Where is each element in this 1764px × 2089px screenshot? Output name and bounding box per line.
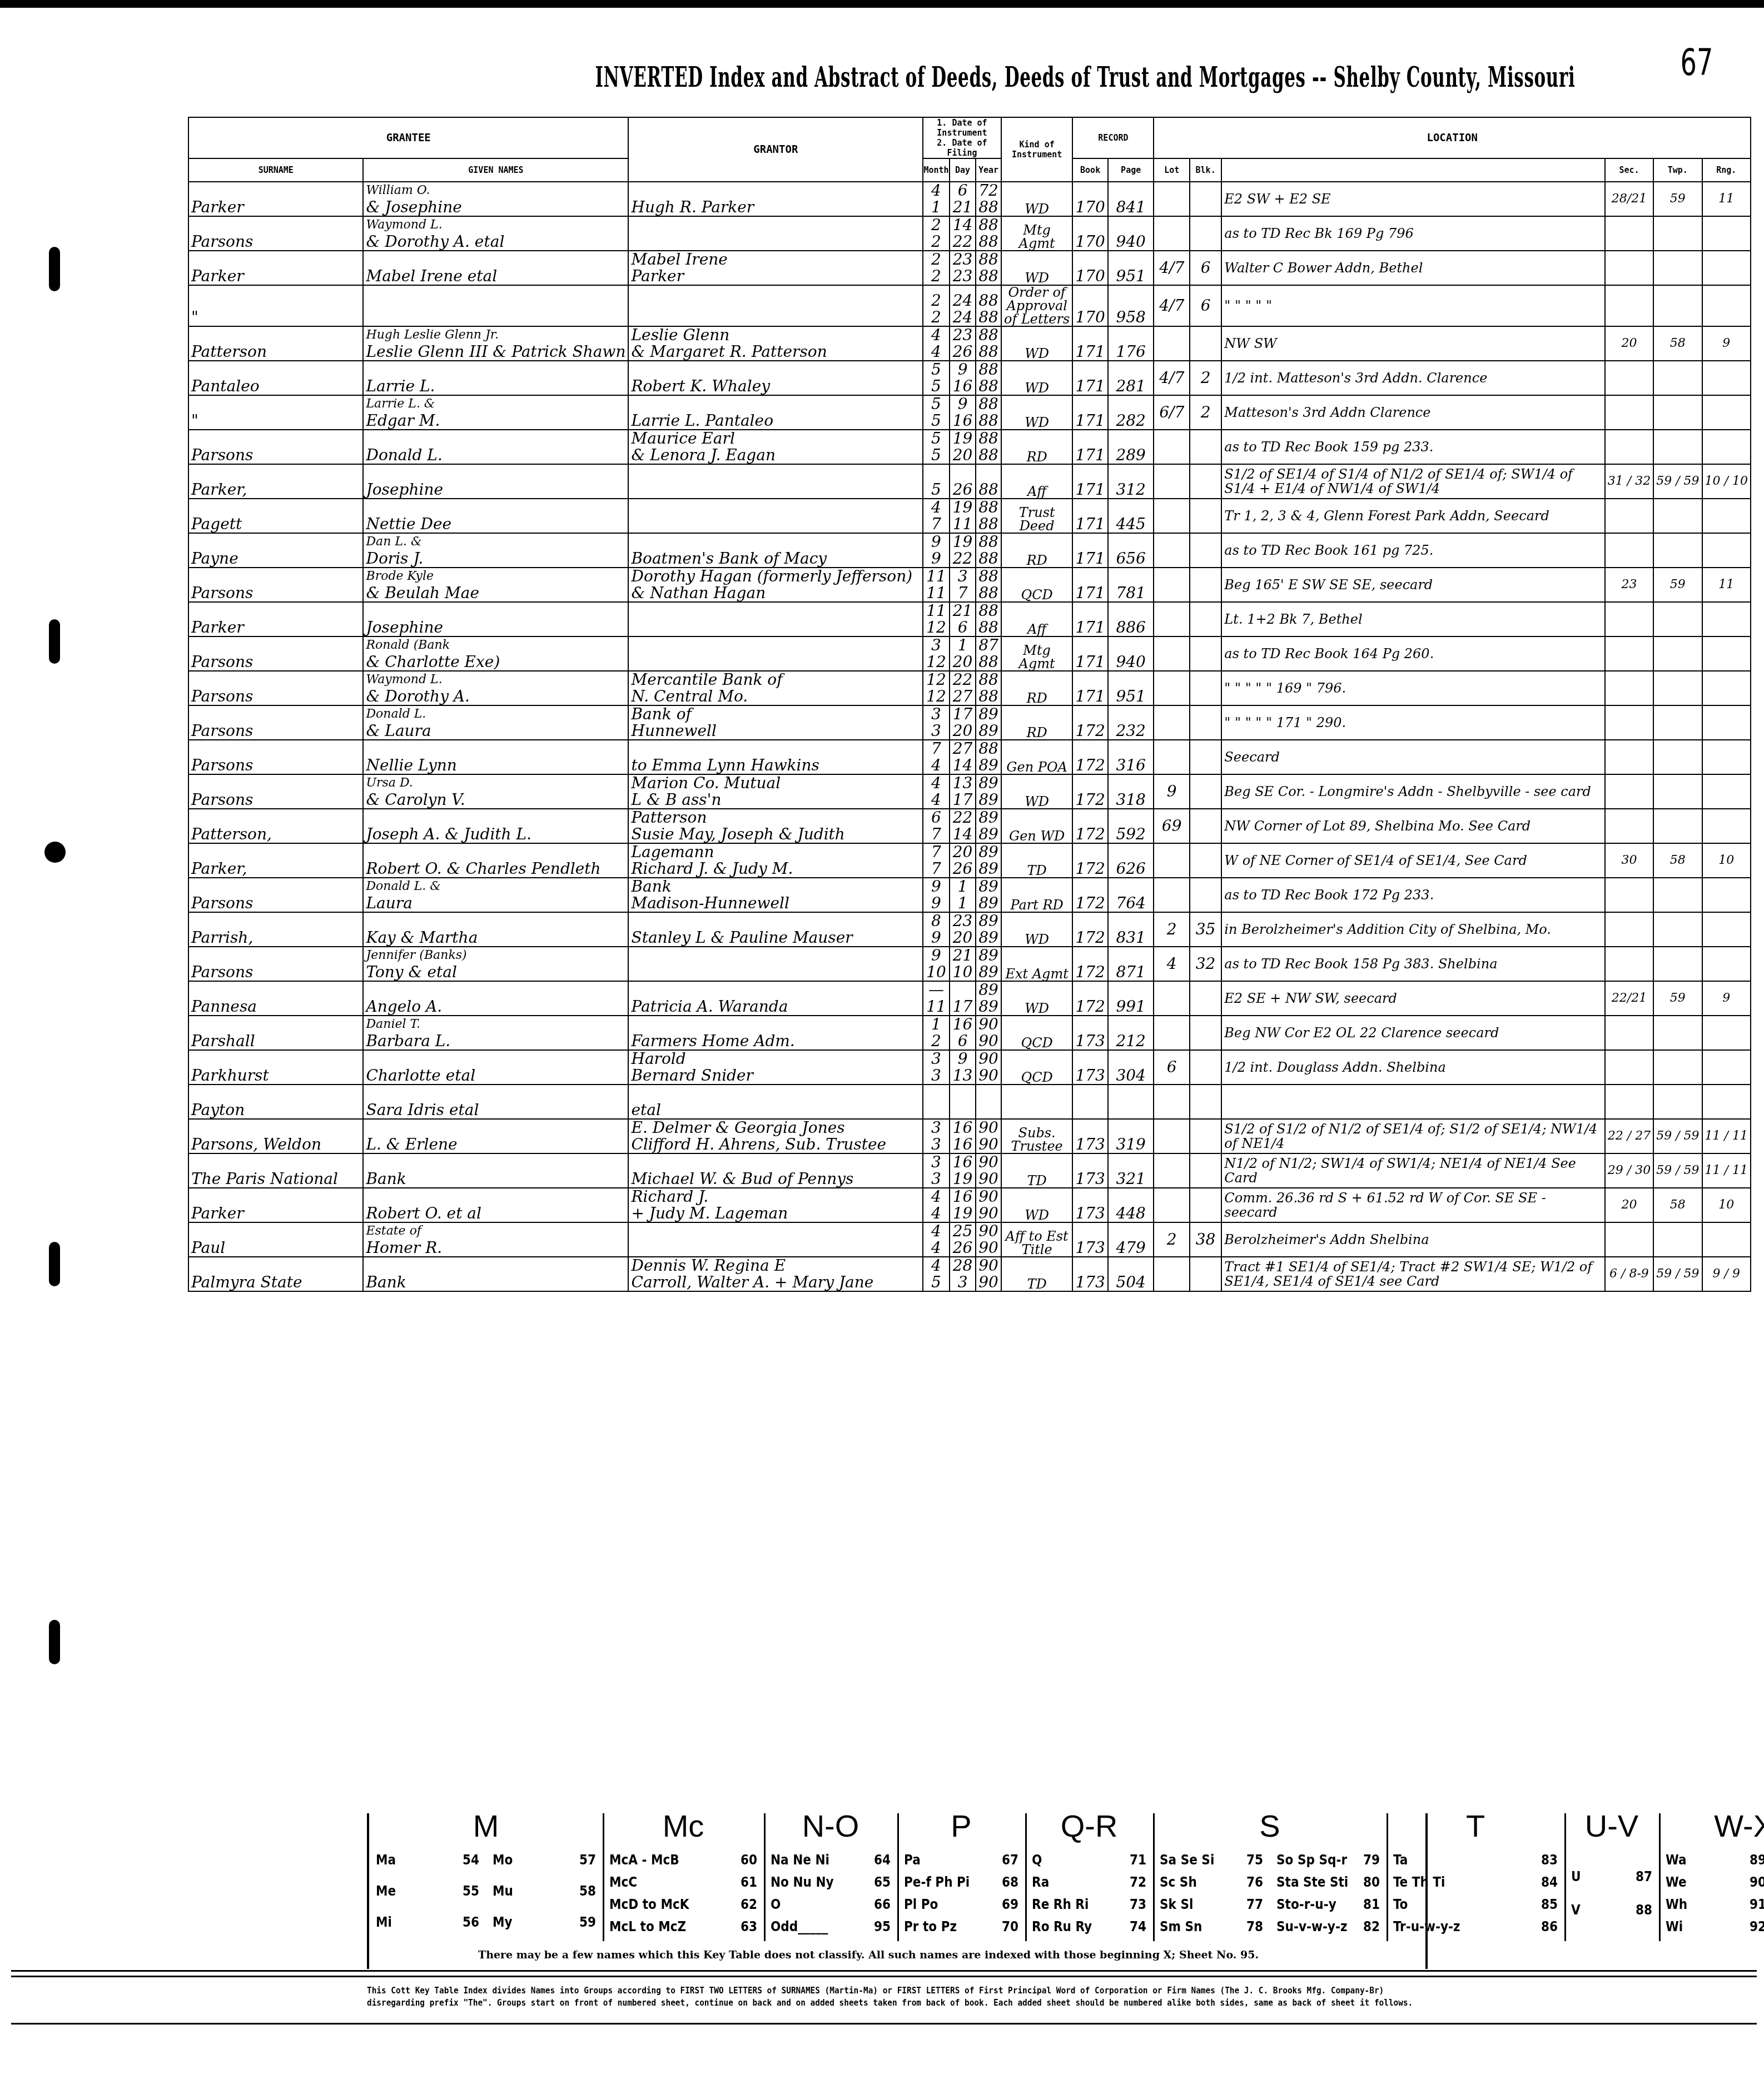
page-cell: 958 — [1108, 285, 1154, 326]
kind-cell: RD — [1001, 671, 1073, 705]
instrument-day: 9 — [952, 396, 973, 412]
given-names-cell — [363, 285, 628, 326]
given-names-cell: Nettie Dee — [363, 499, 628, 533]
blk-cell — [1190, 740, 1221, 774]
instrument-day: 1 — [952, 878, 973, 895]
lot-cell — [1154, 216, 1189, 251]
filing-day: 17 — [952, 792, 973, 808]
blk-cell: 2 — [1190, 395, 1221, 430]
filing-month: 11 — [926, 998, 947, 1015]
sec-cell: 28/21 — [1605, 182, 1653, 216]
filing-year: 90 — [978, 1067, 998, 1084]
ledger-row: ParshallDaniel T.Barbara L.Farmers Home … — [188, 1016, 1751, 1050]
instrument-day: 17 — [952, 706, 973, 723]
surname-cell: Paul — [188, 1222, 363, 1257]
given-names-cell: Kay & Martha — [363, 912, 628, 947]
given-names-cell: Josephine — [363, 602, 628, 636]
ledger-row: The Paris NationalBankMichael W. & Bud o… — [188, 1153, 1751, 1188]
given-line-1: Estate of — [366, 1223, 625, 1240]
day-cell: 2320 — [950, 912, 976, 947]
key-entry: Na Ne Ni64 — [771, 1852, 891, 1868]
surname: Pantaleo — [191, 377, 260, 395]
location-cell — [1221, 1085, 1604, 1119]
day-cell: 913 — [950, 1050, 976, 1085]
filing-year: 88 — [978, 481, 998, 498]
location-cell: Matteson's 3rd Addn Clarence — [1221, 395, 1604, 430]
filing-month: 12 — [926, 619, 947, 636]
kind-cell: WD — [1001, 361, 1073, 395]
surname-cell: Parsons — [188, 216, 363, 251]
twp-cell — [1653, 1085, 1702, 1119]
blk-cell — [1190, 1257, 1221, 1291]
day-cell: 166 — [950, 1016, 976, 1050]
surname-cell: Parsons — [188, 430, 363, 464]
year-cell: 9090 — [976, 1222, 1001, 1257]
rng-cell: 9 — [1702, 326, 1751, 361]
year-cell: 8888 — [976, 602, 1001, 636]
twp-cell — [1653, 430, 1702, 464]
twp-cell — [1653, 878, 1702, 912]
filing-year: 89 — [978, 895, 998, 912]
ledger-rows: ParkerWilliam O.& JosephineHugh R. Parke… — [188, 182, 1751, 1291]
month-cell: 99 — [923, 533, 950, 568]
day-cell: 916 — [950, 395, 976, 430]
book-cell: 171 — [1072, 568, 1107, 602]
kind-cell: Trust Deed — [1001, 499, 1073, 533]
instrument-month: 9 — [926, 878, 947, 895]
given-line-2: Josephine — [366, 619, 625, 636]
key-group-letter: P — [897, 1808, 1025, 1844]
key-entry-sheet: 65 — [874, 1874, 891, 1890]
lot-cell — [1154, 1188, 1189, 1222]
surname: Parker — [191, 618, 244, 636]
book-cell: 171 — [1072, 602, 1107, 636]
twp-cell: 59 / 59 — [1653, 1257, 1702, 1291]
page-cell: 764 — [1108, 878, 1154, 912]
ledger-row: Parker,Robert O. & Charles PendlethLagem… — [188, 843, 1751, 878]
blk-cell — [1190, 533, 1221, 568]
ledger-row: PayneDan L. &Doris J.Boatmen's Bank of M… — [188, 533, 1751, 568]
instrument-year: 88 — [978, 327, 998, 344]
key-entry: Ta83 — [1393, 1852, 1558, 1868]
instrument-year: 72 — [978, 182, 998, 199]
binder-slot — [49, 247, 60, 291]
month-cell: 89 — [923, 912, 950, 947]
grantor-cell: Richard J.+ Judy M. Lageman — [628, 1188, 923, 1222]
instrument-year: 90 — [978, 1223, 998, 1240]
day-cell: 2323 — [950, 251, 976, 285]
key-entry-sheet: 72 — [1130, 1874, 1146, 1890]
surname: Parsons — [191, 446, 253, 464]
grantor-line-2: Stanley L & Pauline Mauser — [631, 929, 920, 946]
surname: Parsons — [191, 687, 253, 705]
instrument-year: 90 — [978, 1188, 998, 1205]
filing-month: 2 — [926, 1033, 947, 1050]
surname: Parsons — [191, 894, 253, 912]
kind-cell: Gen POA — [1001, 740, 1073, 774]
given-line-2: Kay & Martha — [366, 929, 625, 946]
key-entry-sheet: 79 — [1363, 1852, 1380, 1868]
filing-day: 20 — [952, 654, 973, 670]
twp-cell — [1653, 1050, 1702, 1085]
instrument-day: 16 — [952, 1188, 973, 1205]
lot-cell — [1154, 499, 1189, 533]
surname-cell: Parsons — [188, 705, 363, 740]
key-group-letter: Mc — [603, 1808, 764, 1844]
location-cell: S1/2 of S1/2 of N1/2 of SE1/4 of; S1/2 o… — [1221, 1119, 1604, 1153]
binder-slot — [49, 1242, 60, 1286]
surname: Parkhurst — [191, 1066, 269, 1085]
key-entry-sheet: 57 — [579, 1852, 596, 1868]
key-entry-label: Sc Sh — [1160, 1874, 1197, 1890]
key-entry: To85 — [1393, 1897, 1558, 1912]
book-cell: 173 — [1072, 1153, 1107, 1188]
instrument-month: 4 — [926, 1223, 947, 1240]
instrument-day: 28 — [952, 1257, 973, 1274]
filing-year: 89 — [978, 757, 998, 774]
ledger-row: "Larrie L. &Edgar M.Larrie L. Pantaleo55… — [188, 395, 1751, 430]
kind-cell: RD — [1001, 705, 1073, 740]
instrument-day: 16 — [952, 1120, 973, 1136]
blk-cell — [1190, 1085, 1221, 1119]
key-entry-sheet: 77 — [1246, 1897, 1263, 1912]
twp-cell — [1653, 216, 1702, 251]
location-cell: " " " " " 171 " 290. — [1221, 705, 1604, 740]
twp-cell — [1653, 251, 1702, 285]
page-cell: 886 — [1108, 602, 1154, 636]
key-entry-sheet: 62 — [741, 1897, 757, 1912]
blk-cell — [1190, 216, 1221, 251]
instrument-day: 25 — [952, 1223, 973, 1240]
key-entry-sheet: 66 — [874, 1897, 891, 1912]
key-entry-sheet: 87 — [1636, 1869, 1652, 1884]
twp-cell: 59 / 59 — [1653, 1119, 1702, 1153]
lot-cell — [1154, 740, 1189, 774]
ledger-row: ParsonsJennifer (Banks)Tony & etal910211… — [188, 947, 1751, 981]
key-entry-sheet: 55 — [463, 1883, 479, 1899]
key-entry-label: Sa Se Si — [1160, 1852, 1214, 1868]
grantor-cell: Boatmen's Bank of Macy — [628, 533, 923, 568]
key-group-mc: McMcA - McB60McC61McD to McK62McL to McZ… — [603, 1813, 766, 1941]
day-cell: 1619 — [950, 1188, 976, 1222]
key-entry-sheet: 75 — [1246, 1852, 1263, 1868]
rng-cell — [1702, 740, 1751, 774]
key-entry-label: Mo — [493, 1852, 513, 1868]
ledger-row: "2224248888Order of Approval of Letters1… — [188, 285, 1751, 326]
book-cell: 173 — [1072, 1119, 1107, 1153]
year-cell: 9090 — [976, 1188, 1001, 1222]
lot-cell: 9 — [1154, 774, 1189, 809]
key-group-w-x-y-z: W-X-Y-ZWa89We90Wh91Wi92Wo93Wr-u-y94X-Odd… — [1659, 1813, 1764, 1941]
divider — [11, 1970, 1757, 1972]
surname-cell: Parsons — [188, 568, 363, 602]
key-entry-sheet: 91 — [1750, 1897, 1764, 1912]
sec-cell — [1605, 1050, 1653, 1085]
key-group-letter: W-X-Y-Z — [1659, 1808, 1764, 1844]
instrument-year: 90 — [978, 1016, 998, 1033]
instrument-day: 23 — [952, 327, 973, 344]
grantor-header: GRANTOR — [628, 117, 923, 182]
ledger-row: ParsonsRonald (Bank& Charlotte Exe)31212… — [188, 636, 1751, 671]
sec-cell — [1605, 430, 1653, 464]
book-cell: 172 — [1072, 740, 1107, 774]
surname: The Paris National — [191, 1170, 338, 1188]
page-cell: 951 — [1108, 671, 1154, 705]
instrument-year: 90 — [978, 1051, 998, 1067]
surname: Parsons — [191, 232, 253, 251]
instrument-year: 89 — [978, 775, 998, 792]
year-cell: 8888 — [976, 395, 1001, 430]
day-cell: 1922 — [950, 533, 976, 568]
location-header: LOCATION — [1154, 117, 1751, 158]
key-entry-sheet: 67 — [1002, 1852, 1018, 1868]
key-group-letter: U-V — [1564, 1808, 1659, 1844]
rng-cell — [1702, 216, 1751, 251]
given-line-2: Joseph A. & Judith L. — [366, 826, 625, 843]
lot-cell: 6/7 — [1154, 395, 1189, 430]
month-cell: 312 — [923, 636, 950, 671]
key-entry-label: Sm Sn — [1160, 1919, 1202, 1934]
page-cell: 321 — [1108, 1153, 1154, 1188]
instrument-year: 88 — [978, 430, 998, 447]
kind-cell: Aff — [1001, 464, 1073, 499]
lot-cell — [1154, 326, 1189, 361]
given-line-2: Nellie Lynn — [366, 757, 625, 774]
location-cell: 1/2 int. Douglass Addn. Shelbina — [1221, 1050, 1604, 1085]
blk-cell — [1190, 878, 1221, 912]
filing-month: 10 — [926, 964, 947, 981]
key-entry-label: We — [1666, 1874, 1687, 1890]
given-line-2: Edgar M. — [366, 412, 625, 429]
given-line-2: Josephine — [366, 481, 625, 498]
key-entry-sheet: 95 — [874, 1919, 891, 1934]
key-group-letter: T — [1387, 1808, 1564, 1844]
key-entry-label: Ma — [376, 1852, 396, 1868]
key-group-letter: M — [369, 1808, 603, 1844]
grantor-line-2: Susie May, Joseph & Judith — [631, 826, 920, 843]
surname-cell: Pannesa — [188, 981, 363, 1016]
instrument-day: 23 — [952, 251, 973, 268]
given-line-2: Mabel Irene etal — [366, 268, 625, 285]
grantor-cell: E. Delmer & Georgia JonesClifford H. Ahr… — [628, 1119, 923, 1153]
grantor-line-1: Dorothy Hagan (formerly Jefferson) — [631, 568, 920, 585]
sec-cell: 30 — [1605, 843, 1653, 878]
key-entry-sheet: 56 — [463, 1914, 479, 1930]
blk-cell — [1190, 774, 1221, 809]
year-cell: 8788 — [976, 636, 1001, 671]
given-line-2: L. & Erlene — [366, 1136, 625, 1153]
grantor-line-1: E. Delmer & Georgia Jones — [631, 1120, 920, 1136]
kind-header: Kind of Instrument — [1001, 117, 1073, 182]
given-line-1: Hugh Leslie Glenn Jr. — [366, 327, 625, 344]
twp-cell: 59 — [1653, 182, 1702, 216]
given-names-cell: Larrie L. &Edgar M. — [363, 395, 628, 430]
key-entry-label: Sto-r-u-y — [1276, 1897, 1336, 1912]
grantor-cell: Robert K. Whaley — [628, 361, 923, 395]
filing-year: 90 — [978, 1136, 998, 1153]
instrument-month: 3 — [926, 637, 947, 654]
surname: Parsons — [191, 722, 253, 740]
filing-month: 9 — [926, 929, 947, 946]
filing-month: 4 — [926, 344, 947, 360]
lot-cell: 2 — [1154, 912, 1189, 947]
ledger-row: ParsonsDonald L.& LauraBank ofHunnewell3… — [188, 705, 1751, 740]
location-cell: Seecard — [1221, 740, 1604, 774]
blk-cell: 32 — [1190, 947, 1221, 981]
blk-cell: 38 — [1190, 1222, 1221, 1257]
grantor-cell: to Emma Lynn Hawkins — [628, 740, 923, 774]
grantor-line-1: Harold — [631, 1051, 920, 1067]
instrument-month: 11 — [926, 603, 947, 619]
page-cell: 991 — [1108, 981, 1154, 1016]
filing-day: 26 — [952, 861, 973, 877]
blk-cell — [1190, 1153, 1221, 1188]
month-cell: 1212 — [923, 671, 950, 705]
blk-cell — [1190, 1188, 1221, 1222]
filing-year: 88 — [978, 344, 998, 360]
filing-month: 9 — [926, 550, 947, 567]
kind-cell: WD — [1001, 981, 1073, 1016]
surname-cell: Parsons, Weldon — [188, 1119, 363, 1153]
blk-cell: 6 — [1190, 285, 1221, 326]
surname: Parsons — [191, 963, 253, 981]
day-cell: 2526 — [950, 1222, 976, 1257]
sec-cell — [1605, 636, 1653, 671]
ledger-row: ParsonsWaymond L.& Dorothy A.Mercantile … — [188, 671, 1751, 705]
sec-cell — [1605, 533, 1653, 568]
book-cell: 170 — [1072, 182, 1107, 216]
instrument-day: 21 — [952, 947, 973, 964]
key-entry: Mi56 — [376, 1914, 479, 1930]
key-entry-sheet: 78 — [1246, 1919, 1263, 1934]
year-cell: 8888 — [976, 499, 1001, 533]
key-entry-sheet: 80 — [1363, 1874, 1380, 1890]
year-cell: 8989 — [976, 912, 1001, 947]
day-cell: 2326 — [950, 326, 976, 361]
location-cell: S1/2 of SE1/4 of S1/4 of N1/2 of SE1/4 o… — [1221, 464, 1604, 499]
kind-cell: Order of Approval of Letters — [1001, 285, 1073, 326]
surname: Parker, — [191, 480, 247, 499]
month-cell: 44 — [923, 1222, 950, 1257]
sec-cell — [1605, 912, 1653, 947]
key-entry: Tr-u-w-y-z86 — [1393, 1919, 1558, 1934]
given-line-1: Donald L. & — [366, 878, 625, 895]
filing-year: 88 — [978, 199, 998, 216]
instrument-year: 88 — [978, 251, 998, 268]
month-cell: 55 — [923, 361, 950, 395]
twp-cell: 59 / 59 — [1653, 464, 1702, 499]
blk-cell — [1190, 182, 1221, 216]
blk-cell — [1190, 843, 1221, 878]
surname-cell: Parker, — [188, 843, 363, 878]
kind-cell: RD — [1001, 533, 1073, 568]
lot-cell: 6 — [1154, 1050, 1189, 1085]
key-entry-sheet: 64 — [874, 1852, 891, 1868]
location-cell: Beg 165' E SW SE SE, seecard — [1221, 568, 1604, 602]
grantor-cell: LagemannRichard J. & Judy M. — [628, 843, 923, 878]
kind-cell: WD — [1001, 774, 1073, 809]
grantor-line-2: to Emma Lynn Hawkins — [631, 757, 920, 774]
twp-cell — [1653, 1222, 1702, 1257]
day-cell: 2424 — [950, 285, 976, 326]
given-line-2: & Dorothy A. — [366, 688, 625, 705]
grantor-line-2: Clifford H. Ahrens, Sub. Trustee — [631, 1136, 920, 1153]
blk-cell — [1190, 1050, 1221, 1085]
lot-cell: 4/7 — [1154, 285, 1189, 326]
rng-header: Rng. — [1702, 158, 1751, 182]
lot-cell: 4/7 — [1154, 361, 1189, 395]
location-cell: Beg NW Cor E2 OL 22 Clarence seecard — [1221, 1016, 1604, 1050]
surname-cell: Parsons — [188, 774, 363, 809]
lot-cell: 2 — [1154, 1222, 1189, 1257]
ledger-row: PannesaAngelo A.Patricia A. Waranda—1117… — [188, 981, 1751, 1016]
key-entry: Ma54 — [376, 1852, 479, 1868]
location-cell: " " " " " — [1221, 285, 1604, 326]
divider — [11, 1976, 1757, 1977]
location-cell: NW SW — [1221, 326, 1604, 361]
day-cell: 1619 — [950, 1153, 976, 1188]
rng-cell — [1702, 1050, 1751, 1085]
lot-cell — [1154, 671, 1189, 705]
key-entry: Wa89 — [1666, 1852, 1764, 1868]
blk-cell — [1190, 1119, 1221, 1153]
key-entry: Te Th Ti84 — [1393, 1874, 1558, 1890]
ledger-row: PattersonHugh Leslie Glenn Jr.Leslie Gle… — [188, 326, 1751, 361]
key-entry-sheet: 70 — [1002, 1919, 1018, 1934]
day-cell: 2227 — [950, 671, 976, 705]
key-entry-label: Me — [376, 1883, 396, 1899]
blk-cell: 2 — [1190, 361, 1221, 395]
twp-cell — [1653, 636, 1702, 671]
instrument-year: 89 — [978, 706, 998, 723]
key-entry: We90 — [1666, 1874, 1764, 1890]
page-cell: 304 — [1108, 1050, 1154, 1085]
surname-cell: " — [188, 285, 363, 326]
given-names-header: GIVEN NAMES — [363, 158, 628, 182]
key-entry: Sto-r-u-y81 — [1276, 1897, 1380, 1912]
instrument-month: 1 — [926, 1016, 947, 1033]
surname-cell: Parker — [188, 1188, 363, 1222]
given-names-cell: Bank — [363, 1257, 628, 1291]
instrument-day: 23 — [952, 913, 973, 929]
kind-cell: WD — [1001, 326, 1073, 361]
book-cell: 171 — [1072, 671, 1107, 705]
grantor-line-2: Madison-Hunnewell — [631, 895, 920, 912]
instrument-day: 22 — [952, 672, 973, 688]
book-cell: 173 — [1072, 1050, 1107, 1085]
book-cell: 172 — [1072, 878, 1107, 912]
filing-month: 3 — [926, 1171, 947, 1187]
given-line-2: Sara Idris etal — [366, 1102, 625, 1118]
instrument-month: 4 — [926, 499, 947, 516]
location-cell: W of NE Corner of SE1/4 of SE1/4, See Ca… — [1221, 843, 1604, 878]
ledger-row: ParkerMabel Irene etalMabel IreneParker2… — [188, 251, 1751, 285]
twp-cell: 58 — [1653, 326, 1702, 361]
rng-cell: 9 / 9 — [1702, 1257, 1751, 1291]
day-cell — [950, 1085, 976, 1119]
kind-cell: Aff to Est Title — [1001, 1222, 1073, 1257]
key-entry-label: Sta Ste Sti — [1276, 1874, 1348, 1890]
location-cell: Comm. 26.36 rd S + 61.52 rd W of Cor. SE… — [1221, 1188, 1604, 1222]
filing-year: 89 — [978, 826, 998, 843]
key-entry-label: McC — [609, 1874, 637, 1890]
rng-cell — [1702, 1016, 1751, 1050]
surname-cell: Pantaleo — [188, 361, 363, 395]
key-entry-sheet: 88 — [1636, 1902, 1652, 1918]
day-cell: 11 — [950, 878, 976, 912]
instrument-year: 88 — [978, 568, 998, 585]
grantor-line-1: Marion Co. Mutual — [631, 775, 920, 792]
